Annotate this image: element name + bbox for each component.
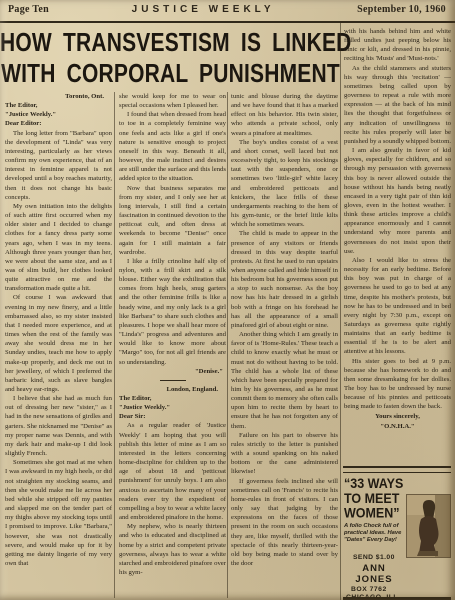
letter-signature: "O.N.H.A."	[344, 422, 451, 433]
issue-date: September 10, 1960	[357, 4, 446, 15]
letter-dateline: Toronto, Ont.	[5, 92, 112, 101]
ad-top-rule	[343, 466, 451, 473]
paragraph: I am also greatly in favor of kid gloves…	[344, 146, 451, 256]
letter-signature: Yours sincerely,	[344, 412, 451, 423]
paragraph: His sister goes to bed at 9 p.m. because…	[344, 357, 451, 412]
ad-po-box: BOX 7762	[351, 586, 387, 593]
paragraph: As the child stammers and stutters his w…	[344, 64, 451, 146]
page-header: Page Ten JUSTICE WEEKLY September 10, 19…	[8, 4, 446, 15]
letter-salutation: The Editor,	[5, 101, 112, 110]
ad-send-price: SEND $1.00	[353, 554, 395, 561]
paragraph: My own initiation into the delights of s…	[5, 202, 112, 294]
paragraph: with his hands behind him and white fril…	[344, 27, 451, 64]
text-column-4: with his hands behind him and white fril…	[344, 27, 451, 465]
newspaper-page: Page Ten JUSTICE WEEKLY September 10, 19…	[0, 0, 455, 600]
paragraph: tunic and blouse during the daytime and …	[231, 92, 338, 138]
paragraph: The long letter from "Barbara" upon the …	[5, 129, 112, 202]
letter-dateline: London, England.	[119, 385, 226, 394]
ad-blurb: A folio Chock full of practical ideas. H…	[344, 523, 402, 544]
paragraph: My nephew, who is nearly thirteen and wh…	[119, 522, 226, 577]
woman-portrait-image	[407, 495, 450, 557]
paragraph: If governess feels inclined she will som…	[231, 477, 338, 569]
paragraph: Of course I was awkward that evening in …	[5, 293, 112, 394]
headline-line-2: WITH CORPORAL PUNISHMENT	[0, 54, 341, 93]
letter-salutation: "Justice Weekly."	[119, 403, 226, 412]
paragraph: The child is made to appear in the prese…	[231, 229, 338, 330]
text-column-1: Toronto, Ont.The Editor,"Justice Weekly.…	[5, 92, 112, 600]
paragraph: she would keep for me to wear on special…	[119, 92, 226, 110]
ad-title-line-2: TO MEET	[344, 492, 403, 507]
paragraph: I found that when dressed from head to t…	[119, 110, 226, 183]
ad-advertiser-first-name: ANN	[343, 563, 405, 574]
ad-title: “33 WAYS TO MEET WOMEN”	[344, 477, 403, 521]
letter-divider-rule	[160, 380, 186, 381]
letter-salutation: Dear Editor:	[5, 119, 112, 128]
text-column-2: she would keep for me to wear on special…	[119, 92, 226, 600]
paragraph: Failure on his part to observe his rules…	[231, 431, 338, 477]
text-column-3: tunic and blouse during the daytime and …	[231, 92, 338, 600]
paragraph: Also I would like to stress the necessit…	[344, 256, 451, 357]
paragraph: As a regular reader of 'Justice Weekly' …	[119, 421, 226, 522]
paragraph: Now that business separates me from my s…	[119, 184, 226, 257]
column-rule-2	[227, 92, 228, 598]
ad-title-line-3: WOMEN”	[344, 506, 403, 521]
letter-salutation: "Justice Weekly."	[5, 110, 112, 119]
column-rule-3	[340, 23, 341, 600]
paragraph: Sometimes she got mad at me when I was a…	[5, 458, 112, 568]
paragraph: I like a frilly crinoline half slip of n…	[119, 257, 226, 367]
column-rule-1	[114, 92, 115, 598]
masthead-title: JUSTICE WEEKLY	[132, 4, 275, 15]
ad-advertiser-last-name: JONES	[343, 574, 405, 585]
letter-salutation: Dear Sir:	[119, 412, 226, 421]
article-headline: HOW TRANSVESTISM IS LINKED WITH CORPORAL…	[0, 25, 341, 87]
classified-ad: “33 WAYS TO MEET WOMEN” A folio Chock fu…	[343, 466, 452, 600]
paragraph: I believe that she had as much fun out o…	[5, 394, 112, 458]
page-number: Page Ten	[8, 4, 49, 15]
letter-signature: "Denise."	[119, 367, 226, 376]
ad-title-line-1: “33 WAYS	[344, 477, 403, 492]
paragraph: The boy's undies consist of a vest and s…	[231, 138, 338, 230]
letter-salutation: The Editor,	[119, 394, 226, 403]
paragraph: Another thing which I am greatly in favo…	[231, 330, 338, 431]
ad-photo-woman	[406, 494, 451, 558]
